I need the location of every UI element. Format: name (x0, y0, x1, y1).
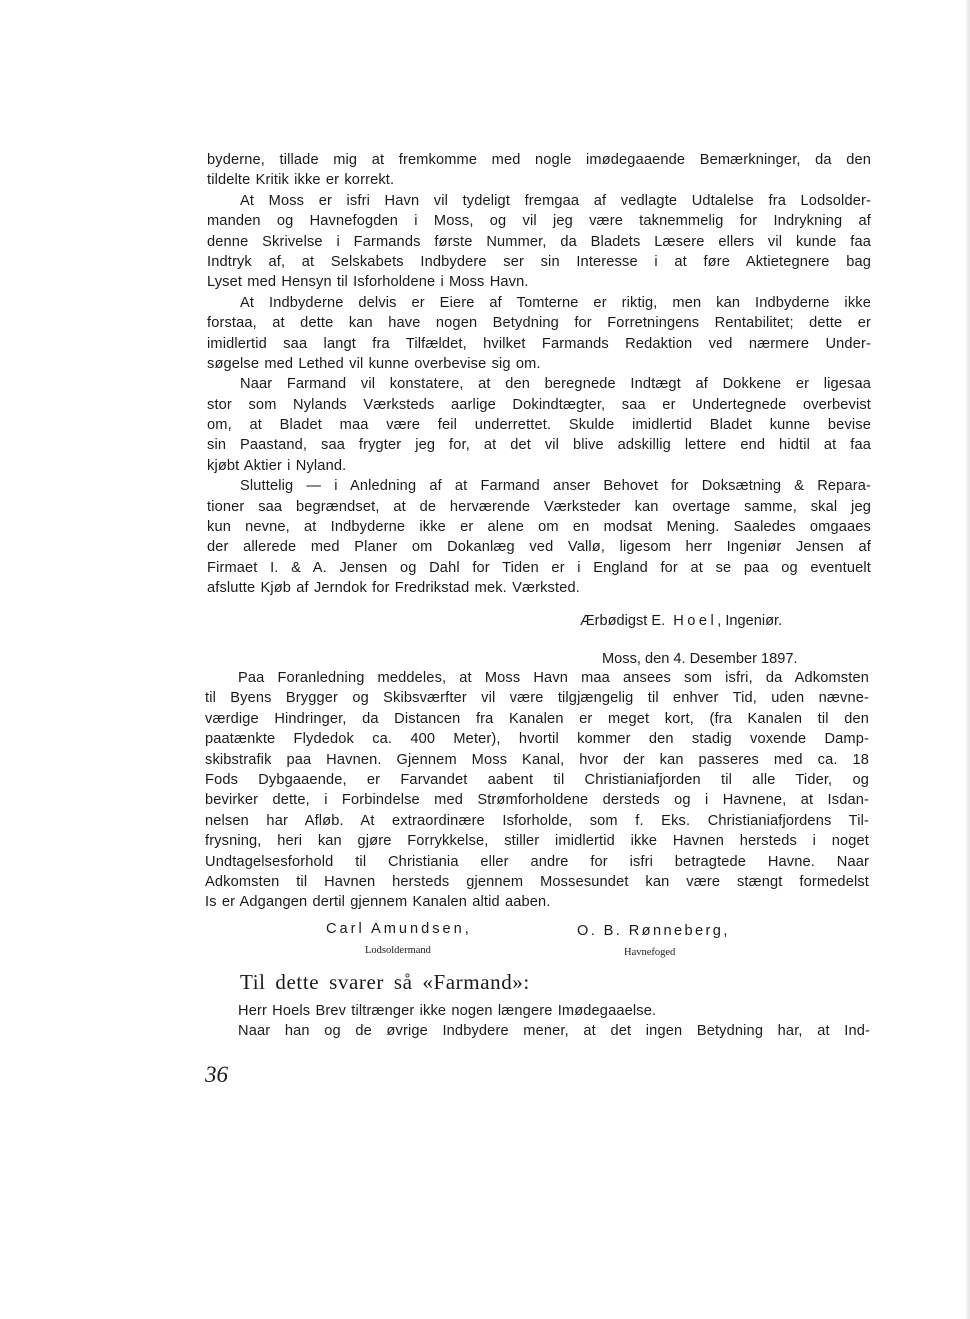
page-body: byderne, tillade mig at fremkomme med no… (207, 150, 871, 599)
harbour-statement: Paa Foranledning meddeles, at Moss Havn … (205, 668, 869, 913)
text-line: paatænkte Flydedok ca. 400 Meter), hvort… (205, 729, 869, 749)
signature-name: Hoel (673, 613, 717, 629)
text-line: Sluttelig — i Anledning af at Farmand an… (207, 476, 871, 496)
text-line: Fods Dybgaaende, er Farvandet aabent til… (205, 770, 869, 790)
signature-closing: Ærbødigst E. (580, 613, 665, 629)
text-line: Herr Hoels Brev tiltrænger ikke nogen læ… (238, 1001, 870, 1021)
text-line: der allerede med Planer om Dokanlæg ved … (207, 537, 871, 557)
reply-text: Herr Hoels Brev tiltrænger ikke nogen læ… (238, 1001, 870, 1042)
text-line: nelsen har Afløb. At extraordinære Isfor… (205, 811, 869, 831)
signature-title: , Ingeniør. (717, 613, 782, 629)
text-line: byderne, tillade mig at fremkomme med no… (207, 150, 871, 170)
signer-name: Carl Amundsen, (326, 921, 472, 937)
signer-role: Havnefoged (624, 947, 675, 958)
text-line: frysning, heri kan gjøre Forrykkelse, st… (205, 831, 869, 851)
text-line: skibstrafik paa Havnen. Gjennem Moss Kan… (205, 750, 869, 770)
signer-role: Lodsoldermand (365, 945, 431, 956)
text-line: kun nevne, at Indbyderne ikke er alene o… (207, 517, 871, 537)
letter-signature: Ærbødigst E. Hoel, Ingeniør. (580, 613, 782, 629)
text-line: tildelte Kritik ikke er korrekt. (207, 170, 871, 190)
text-line: manden og Havnefogden i Moss, og vil jeg… (207, 211, 871, 231)
text-line: bevirker dette, i Forbindelse med Strømf… (205, 790, 869, 810)
text-line: om, at Bladet maa være feil underrettet.… (207, 415, 871, 435)
text-line: til Byens Brygger og Skibsværfter vil væ… (205, 688, 869, 708)
text-line: Firmaet I. & A. Jensen og Dahl for Tiden… (207, 558, 871, 578)
text-line: Lyset med Hensyn til Isforholdene i Moss… (207, 272, 871, 292)
text-line: stor som Nylands Værksteds aarlige Dokin… (207, 395, 871, 415)
text-line: imidlertid saa langt fra Tilfældet, hvil… (207, 334, 871, 354)
page-edge-shadow (965, 0, 970, 1319)
text-line: søgelse med Lethed vil kunne overbevise … (207, 354, 871, 374)
text-line: At Indbyderne delvis er Eiere af Tomtern… (207, 293, 871, 313)
text-line: forstaa, at dette kan have nogen Betydni… (207, 313, 871, 333)
text-line: værdige Hindringer, da Distancen fra Kan… (205, 709, 869, 729)
text-line: Naar Farmand vil konstatere, at den bere… (207, 374, 871, 394)
text-line: Indtryk af, at Selskabets Indbydere ser … (207, 252, 871, 272)
signer-name: O. B. Rønneberg, (577, 923, 730, 939)
page-number: 36 (205, 1062, 228, 1088)
text-line: denne Skrivelse i Farmands første Nummer… (207, 232, 871, 252)
text-line: Undtagelsesforhold til Christiania eller… (205, 852, 869, 872)
section-heading: Til dette svarer så «Farmand»: (240, 970, 530, 995)
text-line: Is er Adgangen dertil gjennem Kanalen al… (205, 892, 869, 912)
text-line: Paa Foranledning meddeles, at Moss Havn … (205, 668, 869, 688)
text-line: kjøbt Aktier i Nyland. (207, 456, 871, 476)
text-line: afslutte Kjøb af Jerndok for Fredrikstad… (207, 578, 871, 598)
dateline: Moss, den 4. Desember 1897. (602, 651, 798, 667)
text-line: sin Paastand, saa frygter jeg for, at de… (207, 435, 871, 455)
text-line: At Moss er isfri Havn vil tydeligt fremg… (207, 191, 871, 211)
text-line: tioner saa begrændset, at de herværende … (207, 497, 871, 517)
text-line: Naar han og de øvrige Indbydere mener, a… (238, 1021, 870, 1041)
text-line: Adkomsten til Havnen hersteds gjennem Mo… (205, 872, 869, 892)
